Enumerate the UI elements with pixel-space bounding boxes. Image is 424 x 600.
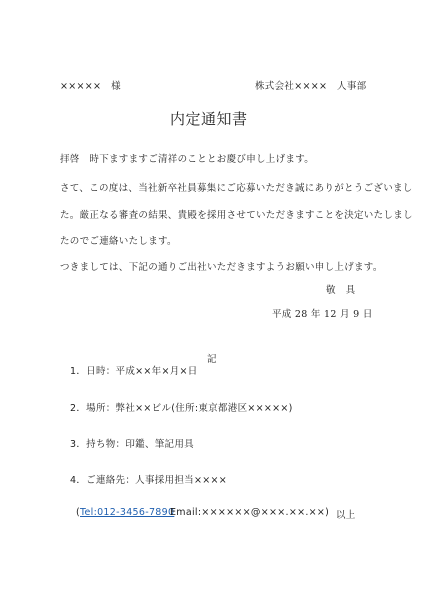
body-line: つきましては、下記の通りご出社いただきますようお願い申し上げます。 [60,259,383,273]
end-mark: 以上 [336,507,356,521]
closing: 敬 具 [326,282,355,296]
list-item: 4．ご連絡先：人事採用担当×××× [70,472,227,486]
list-item: 3．持ち物：印鑑、筆記用具 [70,436,194,450]
document-title: 内定通知書 [170,108,248,129]
body-line: さて、この度は、当社新卒社員募集にご応募いただき誠にありがとうございまし [60,180,413,194]
body-line: た。厳正なる審査の結果、貴殿を採用させていただきますことを決定いたしまし [60,207,413,221]
contact-line: (Tel:012-3456-7890 [76,507,174,518]
tel-link[interactable]: Tel:012-3456-7890 [80,507,174,518]
recipient: ××××× 様 [60,78,121,92]
ki-heading: 記 [207,351,217,365]
greeting: 拝啓 時下ますますご清祥のこととお慶び申し上げます。 [60,151,314,165]
list-item: 2．場所：弊社××ビル(住所:東京都港区×××××) [70,400,293,414]
body-line: たのでご連絡いたします。 [60,233,177,247]
document-page: ××××× 様 株式会社×××× 人事部 内定通知書 拝啓 時下ますますご清祥の… [0,0,424,600]
sender: 株式会社×××× 人事部 [255,78,366,92]
email: Email:××××××@×××.××.××) [170,507,329,518]
date: 平成 28 年 12 月 9 日 [272,306,373,320]
list-item: 1．日時：平成××年×月×日 [70,363,198,377]
